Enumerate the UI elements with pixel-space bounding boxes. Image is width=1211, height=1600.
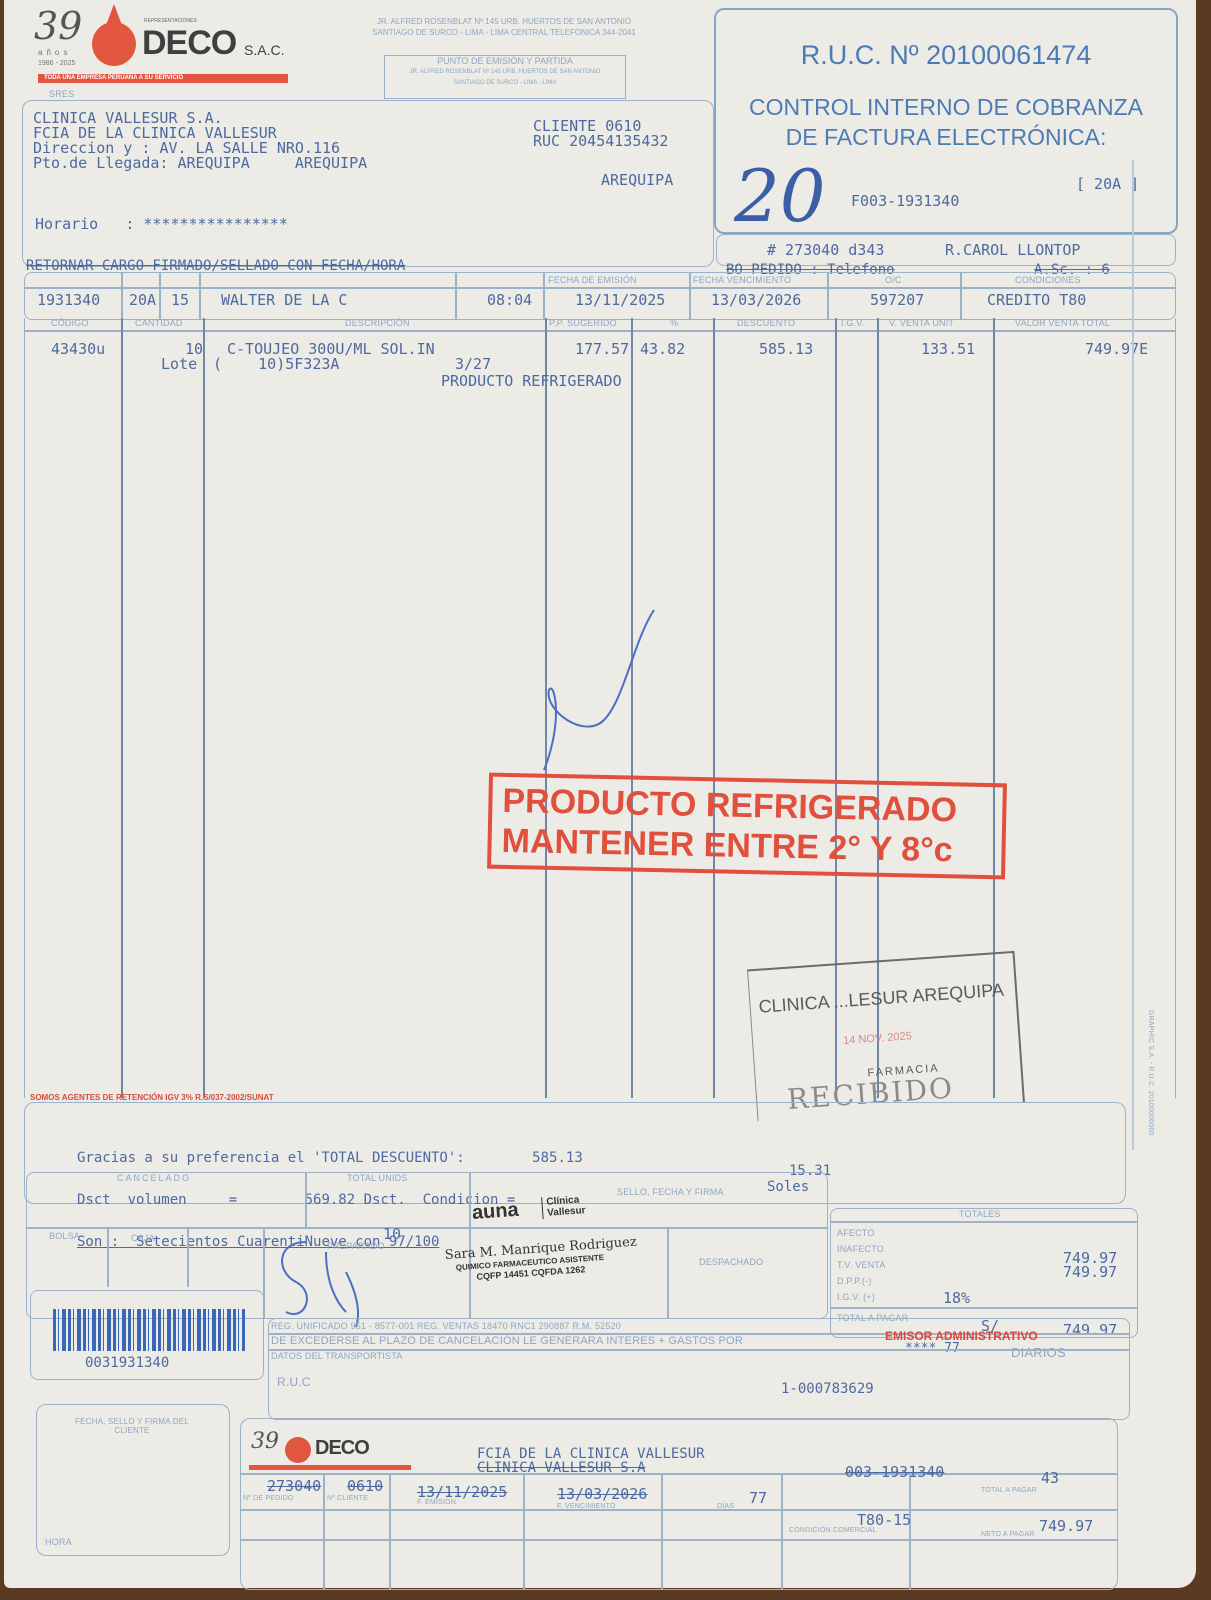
registry-line: REG. UNIFICADO 951 - 8577-001 REG. VENTA… — [271, 1321, 621, 1331]
arrival-city2: AREQUIPA — [295, 154, 367, 172]
stub-lbl-venc: F. VENCIMIENTO — [557, 1503, 616, 1510]
ruc-control-box: R.U.C. Nº 20100061474 CONTROL INTERNO DE… — [714, 8, 1178, 234]
horario-value: : **************** — [125, 215, 288, 233]
late-line: DE EXCEDERSE AL PLAZO DE CANCELACIÓN LE … — [271, 1335, 743, 1347]
emission-line2: SANTIAGO DE SURCO - LIMA - LIMA — [385, 78, 625, 89]
logo-anos: años — [38, 48, 71, 57]
stub-neto: 749.97 — [1039, 1517, 1093, 1535]
dpp-label: D.P.P.(-) — [837, 1273, 886, 1289]
series-code: [ 20A ] — [1076, 175, 1139, 193]
stub-lbl-total: TOTAL A PAGAR — [981, 1487, 1037, 1494]
client-codes: CLIENTE 0610 RUC 20454135432 — [533, 119, 668, 149]
drop-tip-icon — [105, 4, 123, 28]
item-descuento: 585.13 — [759, 340, 813, 358]
hdr-fecha-emision: FECHA DE EMISIÓN — [548, 275, 637, 285]
barcode-box: 0031931340 — [30, 1290, 264, 1380]
stamp-clinic: Clínica Vallesur — [541, 1193, 607, 1219]
ruc-number: R.U.C. Nº 20100061474 — [716, 40, 1176, 71]
igv-rate: 18% — [943, 1289, 970, 1307]
stub-dias: 77 — [749, 1489, 767, 1507]
transport-ruc-label: R.U.C — [277, 1375, 311, 1389]
tv-venta-label: T.V. VENTA — [837, 1257, 886, 1273]
invoice-document: 39 años 1986 - 2025 REPRESENTACIONES DEC… — [4, 0, 1196, 1588]
afecto-label: AFECTO — [837, 1225, 886, 1241]
address-line2: SANTIAGO DE SURCO - LIMA - LIMA CENTRAL … — [344, 27, 664, 38]
stub-name-line1: FCIA DE LA CLINICA VALLESUR — [477, 1447, 705, 1461]
received-clinic: CLINICA ...LESUR AREQUIPA — [758, 980, 1005, 1018]
stub-fecha-venc: 13/03/2026 — [557, 1485, 647, 1503]
col-igv: I.G.V. — [841, 318, 864, 328]
hora-label: HORA — [45, 1537, 72, 1547]
stub-lbl-pedido: Nº DE PEDIDO — [243, 1495, 293, 1502]
item-pp-sugerido: 177.57 — [575, 340, 629, 358]
refrigerated-stamp: PRODUCTO REFRIGERADO MANTENER ENTRE 2° Y… — [487, 773, 1007, 880]
dpp-value: 749.97 — [1063, 1263, 1117, 1281]
hdr-condiciones: CONDICIONES — [1015, 275, 1081, 285]
order-code: # 273040 d343 — [767, 241, 884, 259]
stub-logo-years: 39 — [251, 1429, 279, 1454]
logo-name: DECO — [142, 24, 236, 63]
despachado-label: DESPACHADO — [699, 1257, 763, 1267]
col-codigo: CÓDIGO — [51, 318, 89, 328]
received-stamp: CLINICA ...LESUR AREQUIPA 14 NOV. 2025 F… — [747, 951, 1025, 1121]
arrival-city1: AREQUIPA — [178, 154, 250, 172]
client-ruc: RUC 20454135432 — [533, 134, 668, 149]
item-lote: ( 10)5F323A — [213, 355, 339, 373]
retention-note: SOMOS AGENTES DE RETENCIÓN IGV 3% R.S/03… — [30, 1093, 274, 1102]
stub-lbl-emision: F. EMISIÓN — [417, 1499, 456, 1506]
hdr-fecha-venc: FECHA VENCIMIENTO — [693, 275, 791, 285]
stub-lbl-dias: DÍAS — [717, 1503, 734, 1510]
igv-label: I.G.V. (+) — [837, 1289, 886, 1305]
side-print-text: GRAPHIC S.A. - R.U.C. 20100000000 — [1147, 1010, 1154, 1136]
company-address: JR. ALFRED ROSENBLAT Nº 145 URB. HUERTOS… — [344, 16, 664, 38]
registry-box: REG. UNIFICADO 951 - 8577-001 REG. VENTA… — [268, 1318, 1130, 1420]
item-vencimiento: 3/27 — [455, 355, 491, 373]
stub-lbl-neto: NETO A PAGAR — [981, 1531, 1035, 1538]
inafecto-label: INAFECTO — [837, 1241, 886, 1257]
client-sign-label: FECHA, SELLO Y FIRMA DEL CLIENTE — [67, 1417, 197, 1435]
horario-label: Horario — [35, 215, 98, 233]
col-valor-venta-total: VALOR VENTA TOTAL — [1015, 318, 1110, 328]
col-descripcion: DESCRIPCIÓN — [345, 318, 410, 328]
totals-labels: AFECTO INAFECTO T.V. VENTA D.P.P.(-) I.G… — [837, 1225, 886, 1305]
pedido-value: 1931340 — [37, 291, 100, 309]
client-signature-box: FECHA, SELLO Y FIRMA DEL CLIENTE HORA — [36, 1404, 230, 1556]
client-box: SRES CLINICA VALLESUR S.A. FCIA DE LA CL… — [22, 100, 714, 267]
col-pp-sugerido: P.P. SUGERIDO — [549, 318, 617, 328]
address-line1: JR. ALFRED ROSENBLAT Nº 145 URB. HUERTOS… — [344, 16, 664, 27]
company-logo: 39 años 1986 - 2025 REPRESENTACIONES DEC… — [34, 4, 304, 84]
arrival-label: Pto.de Llegada: — [33, 154, 168, 172]
representante-value: WALTER DE LA C — [221, 291, 347, 309]
drop-logo-icon — [92, 22, 136, 66]
emission-point-box: PUNTO DE EMISIÓN Y PARTIDA JR. ALFRED RO… — [384, 55, 626, 99]
item-nota: PRODUCTO REFRIGERADO — [441, 372, 622, 390]
total-unids-label: TOTAL UNIDS — [347, 1173, 408, 1183]
col-descuento: DESCUENTO — [737, 318, 795, 328]
item-codigo: 43430u — [51, 340, 105, 358]
handwritten-number: 20 — [734, 160, 826, 232]
fecha-venc-value: 13/03/2026 — [711, 291, 801, 309]
item-v-venta-unit: 133.51 — [921, 340, 975, 358]
stub-documento: 003-1931340 — [845, 1463, 944, 1481]
total-descuento: 585.13 — [532, 1150, 583, 1166]
barcode-icon — [53, 1309, 245, 1351]
signature-scribble — [524, 600, 684, 780]
logo-years: 39 — [34, 4, 82, 48]
stub-cliente: 0610 — [347, 1477, 383, 1495]
arrival-city3: AREQUIPA — [601, 171, 673, 189]
fecha-emision-value: 13/11/2025 — [575, 291, 665, 309]
control-line1: CONTROL INTERNO DE COBRANZA — [716, 92, 1176, 122]
meta-row: FECHA DE EMISIÓN FECHA VENCIMIENTO O/C C… — [24, 272, 1176, 320]
logo-years-range: 1986 - 2025 — [38, 60, 75, 67]
control-line2: DE FACTURA ELECTRÓNICA: — [716, 122, 1176, 152]
item-porcentaje: 43.82 — [640, 340, 685, 358]
stub-pedido: 273040 — [267, 1477, 321, 1495]
total-units-value: 10 — [383, 1225, 401, 1243]
client-name: CLINICA VALLESUR S.A. FCIA DE LA CLINICA… — [33, 111, 367, 171]
item-valor-venta-total: 749.97E — [1085, 340, 1148, 358]
invoice-number: F003-1931340 — [851, 192, 959, 210]
horario-row: Horario : **************** — [35, 215, 288, 233]
pharmacist-stamp: auna Clínica Vallesur Sara M. Manrique R… — [441, 1180, 677, 1296]
stub-logo-bar — [249, 1465, 411, 1470]
stub-lbl-condicion: CONDICIÓN COMERCIAL — [789, 1527, 876, 1534]
hdr-oc: O/C — [885, 275, 902, 285]
zona-value: 20A — [129, 291, 156, 309]
seller-name: R.CAROL LLONTOP — [945, 241, 1080, 259]
zona-sub-value: 15 — [171, 291, 189, 309]
bolsa-label: BOLSA — [49, 1231, 80, 1241]
stub-lbl-cliente: Nº CLIENTE — [327, 1495, 368, 1502]
condiciones-value: CREDITO T80 — [987, 291, 1086, 309]
table-row: 43430u 10 Lote C-TOUJEO 300U/ML SOL.IN (… — [25, 338, 1175, 398]
transport-label: DATOS DEL TRANSPORTISTA — [271, 1351, 402, 1361]
col-v-venta-unit: V. VENTA UNIT — [889, 318, 954, 328]
col-cantidad: CANTIDAD — [135, 318, 183, 328]
stub-logo-name: DECO — [315, 1437, 369, 1460]
right-margin-line — [1132, 160, 1134, 1150]
oc-value: 597207 — [870, 291, 924, 309]
stub-copy: 39 DECO FCIA DE LA CLINICA VALLESUR CLIN… — [240, 1418, 1118, 1590]
sres-label: SRES — [45, 89, 78, 99]
logo-suffix: S.A.C. — [244, 42, 284, 58]
received-date: 14 NOV. 2025 — [843, 1030, 912, 1047]
emission-title: PUNTO DE EMISIÓN Y PARTIDA — [385, 56, 625, 67]
stub-client: FCIA DE LA CLINICA VALLESUR CLINICA VALL… — [477, 1447, 705, 1475]
barcode-number: 0031931340 — [85, 1355, 169, 1371]
diarios-label: DIARIOS — [1011, 1345, 1066, 1360]
summary-line1: Gracias a su preferencia el 'TOTAL DESCU… — [77, 1150, 465, 1166]
logo-tagline: TODA UNA EMPRESA PERUANA A SU SERVICIO — [44, 74, 183, 83]
cancelado-label: CANCELADO — [117, 1173, 191, 1183]
tracking-number: 1-000783629 — [781, 1381, 874, 1397]
initials-signature — [266, 1232, 376, 1332]
emission-line1: JR. ALFRED ROSENBLAT Nº 145 URB. HUERTOS… — [385, 67, 625, 78]
item-lote-label: Lote — [161, 355, 197, 373]
col-porcentaje: % — [670, 318, 678, 328]
stub-drop-icon — [285, 1437, 311, 1463]
caja-label: CAJA — [131, 1233, 155, 1243]
auna-brand: auna — [471, 1199, 519, 1225]
stub-logo: 39 DECO — [249, 1429, 419, 1469]
totales-label: TOTALES — [959, 1209, 1001, 1219]
stub-documento-suffix: 43 — [1041, 1469, 1059, 1487]
hora-value: 08:04 — [487, 291, 532, 309]
